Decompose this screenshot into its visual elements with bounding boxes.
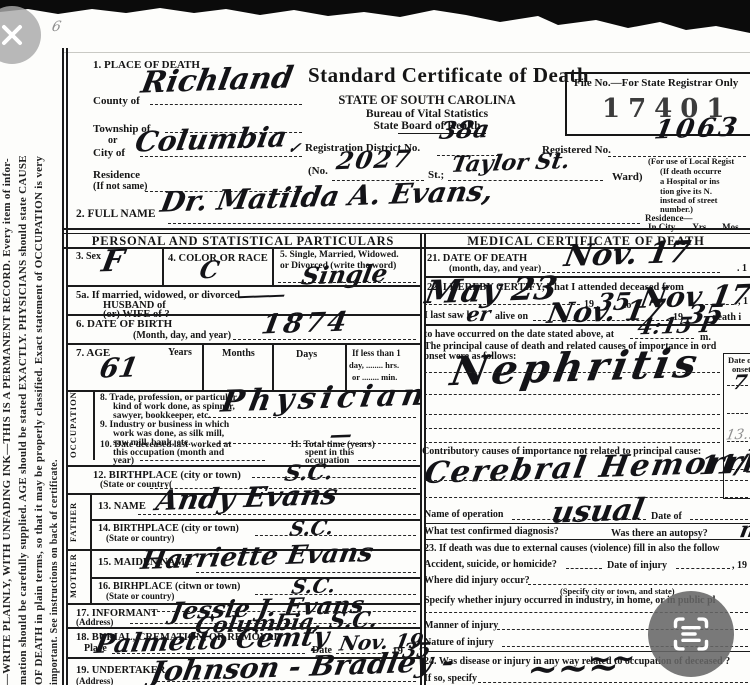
rule-line [66,465,420,467]
undertaker-value: Johnson - Bradley - [148,648,456,685]
sex-value: F [99,247,126,278]
father-vertical-label: FATHER [68,495,89,548]
operation-label: Name of operation [424,510,503,521]
local-note-line: (If death occurre [660,167,721,176]
dash-line [152,681,416,682]
principal-cause-value: Nephritis [448,344,704,393]
rule-line [66,314,420,316]
rule-line [90,577,420,579]
scan-torn-edge [0,0,750,36]
age-less-label-2: day, ........ hrs. [349,361,399,370]
occurred-label: to have occurred on the date stated abov… [424,330,614,341]
undertaker-address-sub: (Address) [76,677,113,685]
rule-line [272,247,274,285]
dash-line [630,338,694,339]
dash-line [528,584,748,585]
dash-line [424,428,720,429]
mother-vertical-label: MOTHER [68,551,89,601]
scan-artifact-line [62,52,750,53]
certificate-title: Standard Certificate of Death [308,64,546,86]
margin-instructions-line1: —WRITE PLAINLY, WITH UNFADING INK—THIS I… [1,40,16,685]
street-no-value: 2027 [335,147,415,174]
registration-district-value: 38a [438,117,492,143]
dash-line [150,104,302,105]
dash-line [196,572,416,573]
to-tail: , 1 [738,297,748,308]
dash-line [424,414,720,415]
age-days-header: Days [296,350,317,361]
occupation-vertical-label: OCCUPATION [68,392,92,458]
dash-line [727,385,748,386]
autopsy-label: Was there an autopsy? [611,529,708,540]
dash-line [168,223,640,224]
rule-line [162,247,164,285]
local-note-line: (For use of Local Regist [648,157,734,166]
age-value: 61 [97,354,140,382]
date-of-death-tail: . 1 [737,264,747,275]
or-label: or [108,136,117,147]
dob-value: 1874 [259,308,352,338]
dash-line [727,413,748,414]
residence-label: Residence [93,170,140,182]
residence-sub-label: (If not same) [93,182,147,193]
rule-line [90,493,92,549]
street-no-label: (No. [308,166,328,178]
local-note-line: a Hospital or ins [660,177,720,186]
board-line: State Board of Health [308,120,546,132]
mother-birthplace-sub: (State or country) [106,592,174,601]
state-line: STATE OF SOUTH CAROLINA [308,94,546,107]
test-confirmed-value: usual [549,495,646,528]
age-less-label-1: If less than 1 [352,349,401,358]
check-mark: ✓ [287,141,302,156]
if-so-specify-label: If so, specify [424,674,477,685]
operation-date-label: Date of [651,512,682,523]
bureau-line: Bureau of Vital Statistics [308,108,546,120]
date-of-death-value: Nov. 17 [562,238,693,272]
file-number-label: File No.—For State Registrar Only [574,78,738,90]
dash-line [424,480,748,481]
date-of-death-label: 21. DATE OF DEATH [427,253,527,264]
injury-date-tail: , 19 [732,561,747,572]
city-value-handwriting: Columbia [133,123,289,156]
trade-value: Physician [219,380,432,417]
dash-line [255,535,416,536]
manner-of-injury-label: Manner of injury [424,621,498,632]
close-x-icon [0,6,41,64]
dash-line [140,460,265,461]
dash-line [424,394,720,395]
live-text-scan-icon [668,611,714,657]
father-birthplace-sub: (State or country) [106,534,174,543]
rule-line [66,343,420,345]
ward-label: Ward) [612,172,643,184]
county-label: County of [93,96,140,108]
dash-line [233,339,416,340]
dash-line [542,272,720,273]
father-name-value: Andy Evans [154,481,340,515]
full-name-value: Dr. Matilda A. Evans, [158,177,495,216]
dob-sub-label: (Month, day, and year) [133,331,231,342]
dash-line [140,156,302,157]
external-causes-label: 23. If death was due to external causes … [424,544,720,555]
color-race-value: C [198,258,222,283]
dash-line [676,568,730,569]
last-saw-pronoun: er [465,304,492,325]
rule-line [420,233,422,685]
dash-line [138,514,416,515]
margin-instructions-line2: mation should be carefully supplied. AGE… [17,40,32,685]
dash-line [566,568,602,569]
rule-line [93,390,95,460]
dash-line [424,442,720,443]
rule-line [62,228,750,230]
rule-line [202,343,204,390]
father-name-label: 13. NAME [98,501,146,512]
county-value-handwriting: Richland [139,63,295,98]
rule-line [90,549,92,603]
dash-line [152,611,416,612]
dash-line [727,441,748,442]
rule-line [62,48,64,685]
rule-line [424,539,750,540]
age-months-header: Months [222,349,255,360]
dash-line [424,372,720,373]
street-value: Taylor St. [450,150,572,176]
dob-label: 6. DATE OF BIRTH [76,319,172,331]
registered-no-value: 1063 [652,115,742,144]
close-button[interactable] [0,6,41,64]
pencil-mark: 6 [51,20,62,34]
date-of-injury-label: Date of injury [607,561,667,572]
handwritten-scribble: ~~~ [524,648,622,685]
nature-of-injury-label: Nature of injury [424,638,494,649]
margin-instructions-line3: OF DEATH in plain terms, so that it may … [33,40,48,685]
husband-wife-value: ——— [236,287,284,306]
dash-line [278,282,416,283]
document-viewer: —WRITE PLAINLY, WITH UNFADING INK—THIS I… [0,0,750,685]
dash-line [358,460,416,461]
live-text-button[interactable] [648,591,734,677]
sex-label: 3. Sex [76,252,101,263]
rule-line [90,519,420,521]
city-label: City of [93,148,125,160]
accident-label: Accident, suicide, or homicide? [424,560,557,571]
age-years-header: Years [168,348,192,359]
full-name-label: 2. FULL NAME [76,208,156,220]
test-confirmed-label: What test confirmed diagnosis? [424,527,559,538]
alive-on-label: alive on [495,312,528,323]
dash-line [690,519,748,520]
where-injury-label: Where did injury occur? [424,576,530,587]
mother-maiden-name-value: Harriette Evans [139,540,375,574]
contributory-date-value: 11/1, [697,451,750,480]
